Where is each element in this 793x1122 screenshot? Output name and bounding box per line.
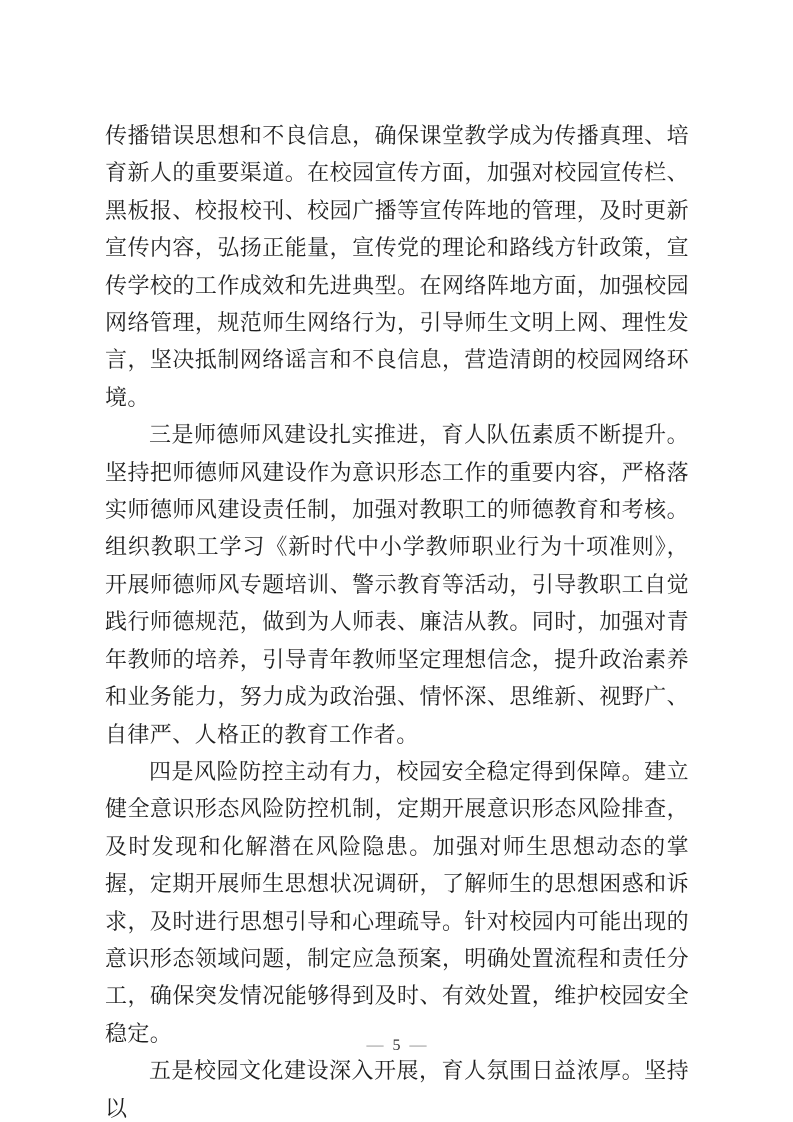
body-paragraph-point-five: 五是校园文化建设深入开展，育人氛围日益浓厚。坚持以 bbox=[105, 1052, 689, 1122]
document-body: 传播错误思想和不良信息，确保课堂教学成为传播真理、培育新人的重要渠道。在校园宣传… bbox=[105, 117, 689, 1122]
body-paragraph-point-three: 三是师德师风建设扎实推进，育人队伍素质不断提升。坚持把师德师风建设作为意识形态工… bbox=[105, 416, 689, 753]
page-number: 5 bbox=[393, 1037, 401, 1054]
body-paragraph-continuation: 传播错误思想和不良信息，确保课堂教学成为传播真理、培育新人的重要渠道。在校园宣传… bbox=[105, 117, 689, 416]
page-number-dash-right: — bbox=[410, 1035, 427, 1054]
document-page: 传播错误思想和不良信息，确保课堂教学成为传播真理、培育新人的重要渠道。在校园宣传… bbox=[0, 0, 793, 1122]
body-paragraph-point-four: 四是风险防控主动有力，校园安全稳定得到保障。建立健全意识形态风险防控机制，定期开… bbox=[105, 753, 689, 1052]
page-number-dash-left: — bbox=[367, 1035, 384, 1054]
page-footer: —5— bbox=[0, 1034, 793, 1057]
